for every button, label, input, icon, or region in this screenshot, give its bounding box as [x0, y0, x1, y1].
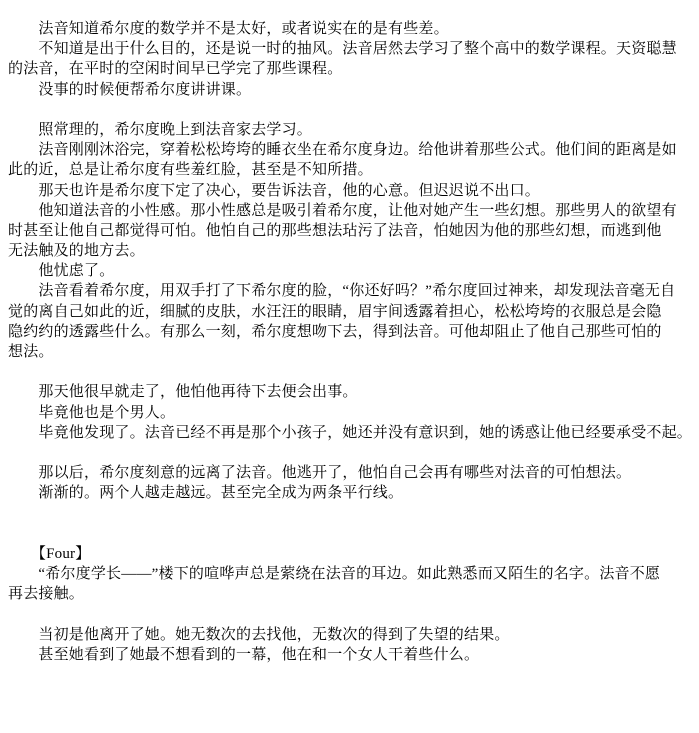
blank-line: [8, 362, 693, 382]
text-line: 法音看着希尔度，用双手打了下希尔度的脸，“你还好吗？”希尔度回过神来，却发现法音…: [8, 281, 693, 301]
text-line: 那以后，希尔度刻意的远离了法音。他逃开了，他怕自己会再有哪些对法音的可怕想法。: [8, 463, 693, 483]
blank-line: [8, 443, 693, 463]
text-line: 的法音，在平时的空闲时间早已学完了那些课程。: [8, 59, 693, 79]
text-line: 不知道是出于什么目的，还是说一时的抽风。法音居然去学习了整个高中的数学课程。天资…: [8, 39, 693, 59]
text-line: 渐渐的。两个人越走越远。甚至完全成为两条平行线。: [8, 483, 693, 503]
blank-line: [8, 100, 693, 120]
text-line: 他知道法音的小性感。那小性感总是吸引着希尔度，让他对她产生一些幻想。那些男人的欲…: [8, 201, 693, 221]
text-line: 法音刚刚沐浴完，穿着松松垮垮的睡衣坐在希尔度身边。给他讲着那些公式。他们间的距离…: [8, 140, 693, 160]
text-line: 那天也许是希尔度下定了决心，要告诉法音，他的心意。但迟迟说不出口。: [8, 181, 693, 201]
text-line: 他忧虑了。: [8, 261, 693, 281]
blank-line: [8, 524, 693, 544]
text-line: 甚至她看到了她最不想看到的一幕，他在和一个女人干着些什么。: [8, 645, 693, 665]
text-line: 无法触及的地方去。: [8, 241, 693, 261]
text-line: 当初是他离开了她。她无数次的去找他，无数次的得到了失望的结果。: [8, 625, 693, 645]
text-line: 此的近，总是让希尔度有些羞红脸，甚至是不知所措。: [8, 160, 693, 180]
text-line: 毕竟他也是个男人。: [8, 403, 693, 423]
section-heading-line: 【Four】: [8, 544, 693, 564]
text-line: 照常理的，希尔度晚上到法音家去学习。: [8, 120, 693, 140]
text-line: 想法。: [8, 342, 693, 362]
blank-line: [8, 504, 693, 524]
text-line: 那天他很早就走了，他怕他再待下去便会出事。: [8, 382, 693, 402]
text-line: 隐约约的透露些什么。有那么一刻，希尔度想吻下去，得到法音。可他却阻止了他自己那些…: [8, 322, 693, 342]
text-line: 没事的时候便帮希尔度讲讲课。: [8, 80, 693, 100]
text-line: 觉的离自己如此的近，细腻的皮肤，水汪汪的眼睛，眉宇间透露着担心，松松垮垮的衣服总…: [8, 302, 693, 322]
text-line: 时甚至让他自己都觉得可怕。他怕自己的那些想法玷污了法音，怕她因为他的那些幻想，而…: [8, 221, 693, 241]
text-line: 再去接触。: [8, 584, 693, 604]
blank-line: [8, 604, 693, 624]
text-line: “希尔度学长——”楼下的喧哗声总是萦绕在法音的耳边。如此熟悉而又陌生的名字。法音…: [8, 564, 693, 584]
text-line: 法音知道希尔度的数学并不是太好，或者说实在的是有些差。: [8, 19, 693, 39]
document-page: 法音知道希尔度的数学并不是太好，或者说实在的是有些差。 不知道是出于什么目的，还…: [0, 0, 699, 733]
text-line: 毕竟他发现了。法音已经不再是那个小孩子，她还并没有意识到，她的诱惑让他已经要承受…: [8, 423, 693, 443]
